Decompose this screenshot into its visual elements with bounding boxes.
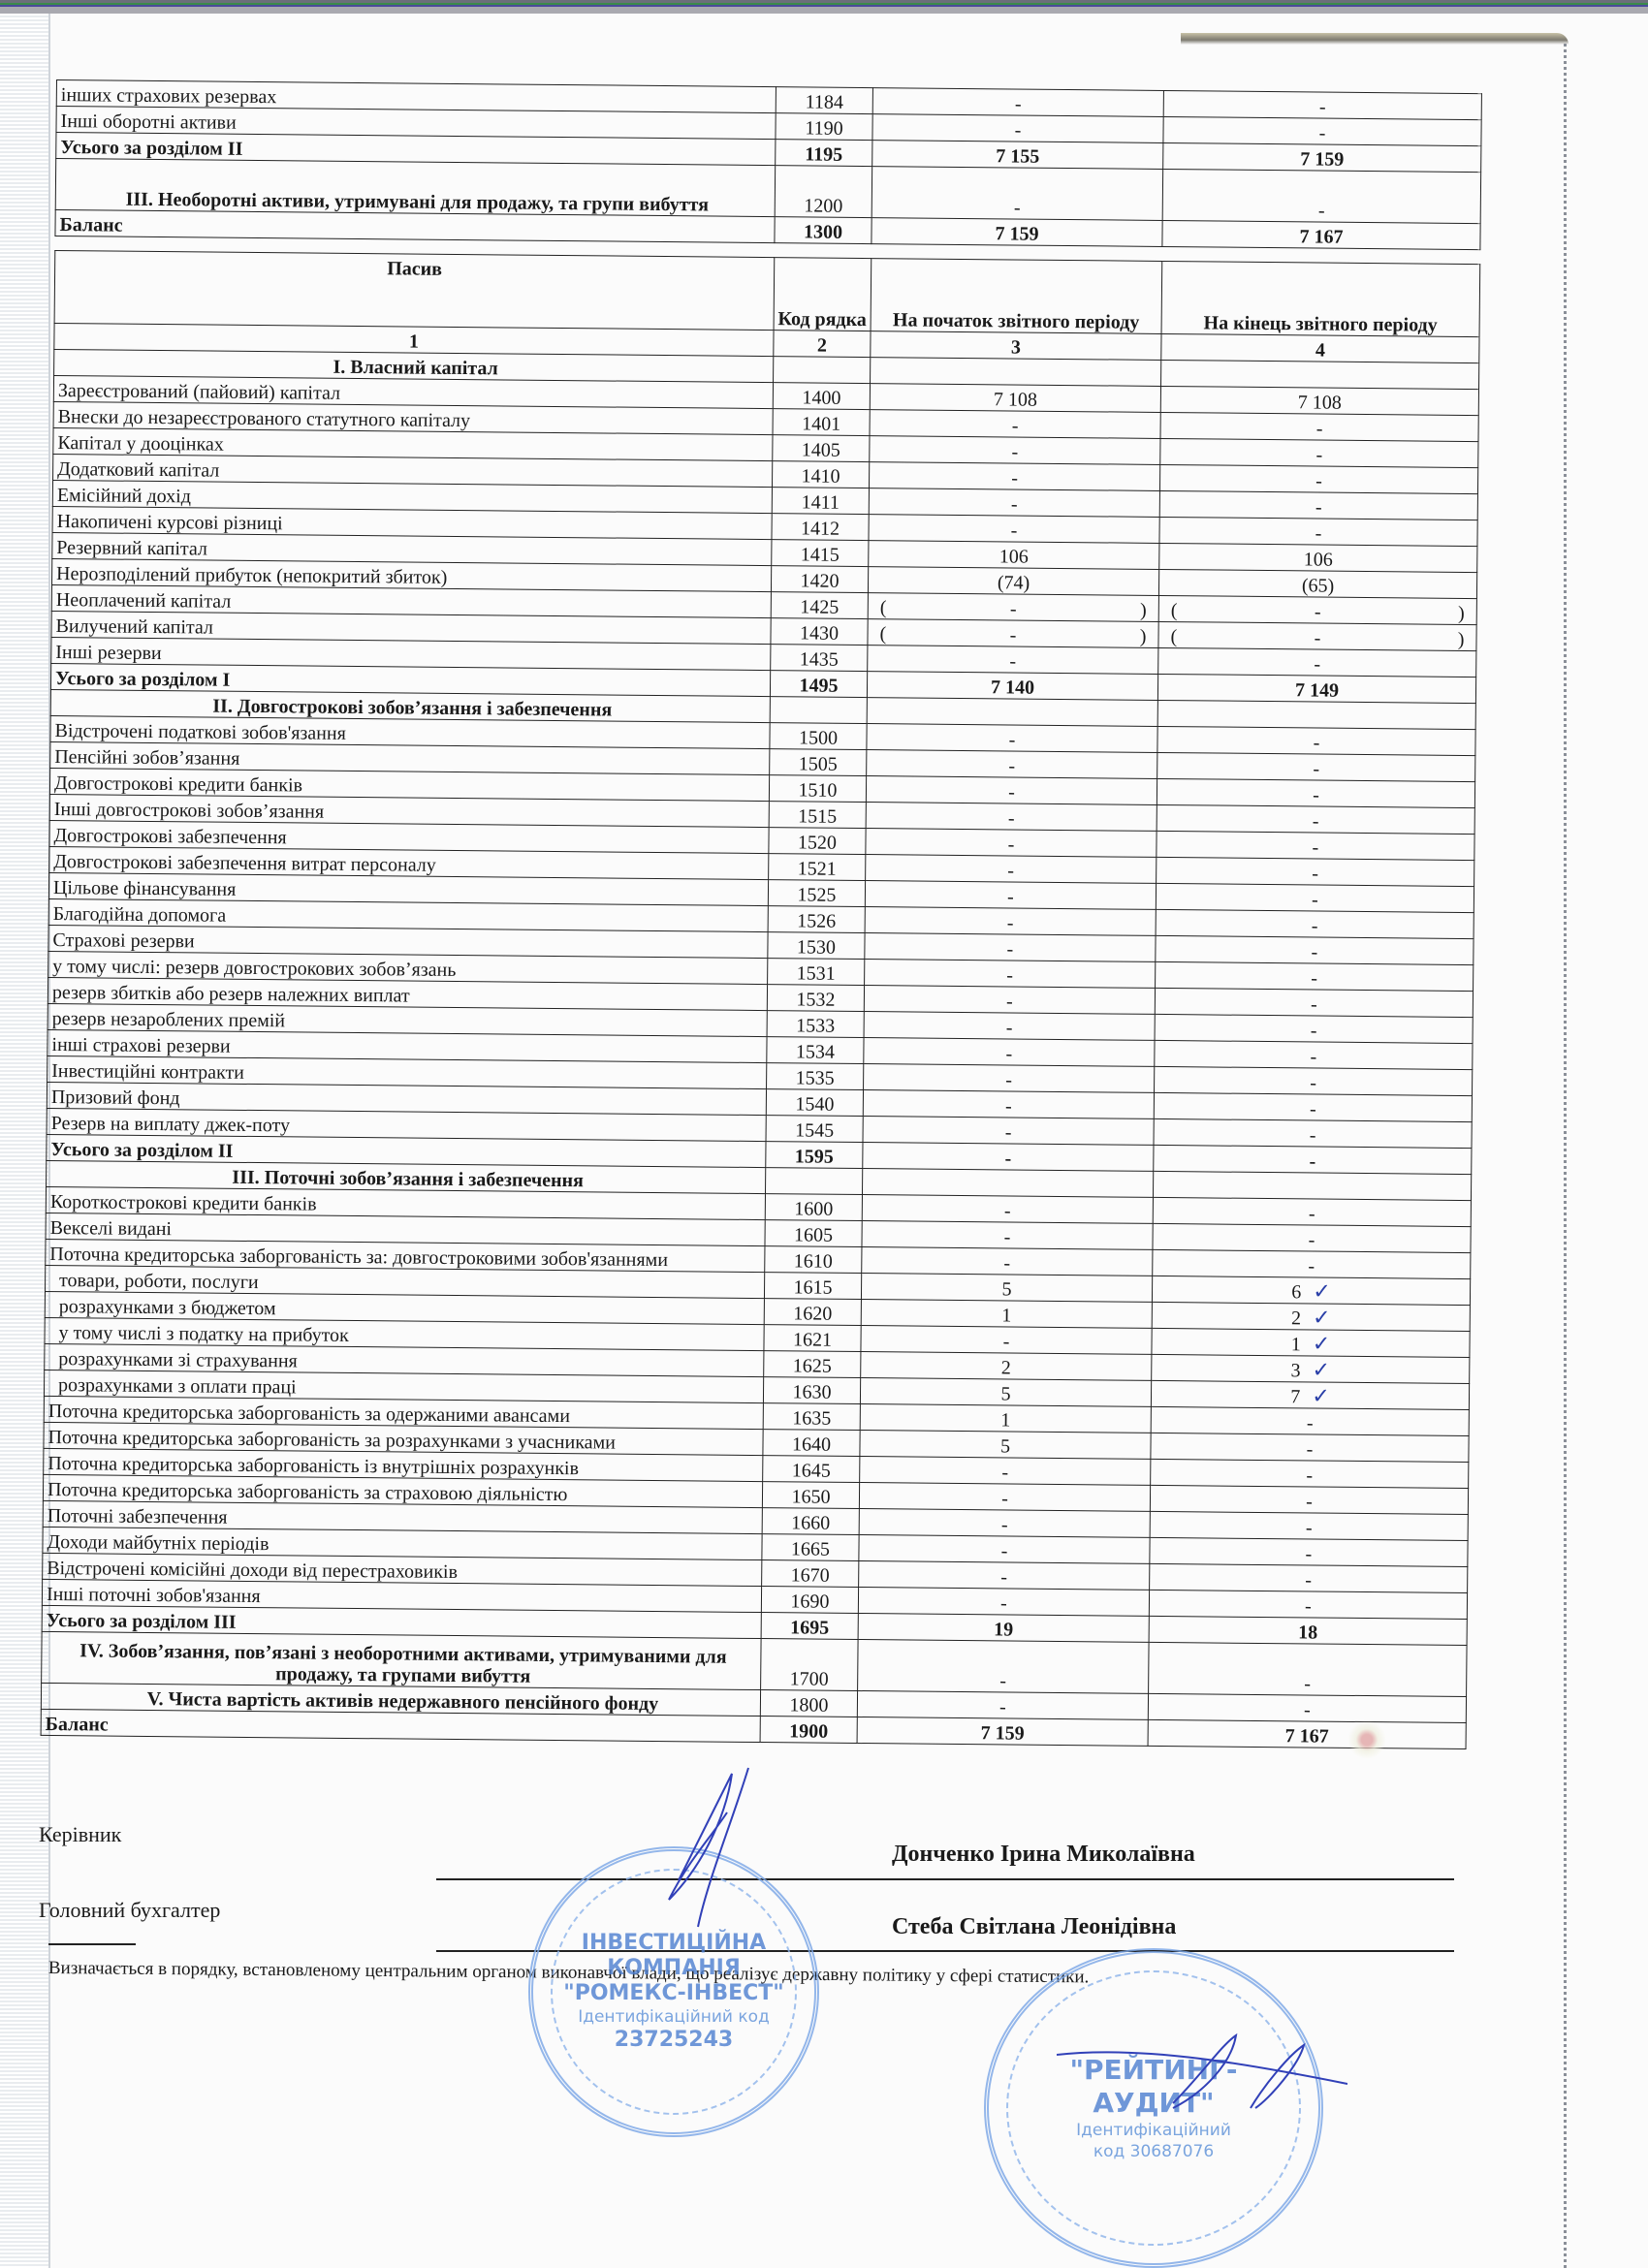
value-start: - xyxy=(858,1588,1149,1617)
value-text: 7 167 xyxy=(1285,1725,1329,1747)
value-text: - xyxy=(1315,496,1322,518)
value-start: - xyxy=(867,724,1157,753)
value-end: - xyxy=(1155,988,1473,1017)
value-end: - xyxy=(1156,961,1474,991)
col-num-3: 3 xyxy=(871,331,1161,361)
value-end: - xyxy=(1154,1145,1472,1174)
check-mark-icon: ✓ xyxy=(1313,1332,1331,1356)
value-start: 106 xyxy=(869,541,1159,570)
row-code: 1535 xyxy=(767,1063,864,1090)
value-start: - xyxy=(859,1483,1150,1512)
value-text: - xyxy=(1011,467,1018,488)
value-text: - xyxy=(1304,1699,1311,1720)
value-text: 7 159 xyxy=(981,1722,1025,1744)
row-code: 1695 xyxy=(761,1613,858,1640)
row-code: 1625 xyxy=(764,1351,861,1378)
value-text: - xyxy=(1310,1072,1316,1093)
header-end: На кінець звітного періоду xyxy=(1161,261,1480,336)
value-text: - xyxy=(1310,1124,1316,1146)
header-passive: Пасив xyxy=(54,250,775,330)
value-start: - xyxy=(865,960,1156,989)
row-code: 1540 xyxy=(766,1089,863,1117)
value-end: - xyxy=(1151,1406,1469,1435)
value-text: - xyxy=(1015,119,1022,141)
value-end: - xyxy=(1149,1590,1467,1619)
value-text: - xyxy=(1008,807,1015,829)
value-start xyxy=(871,358,1161,387)
value-text: - xyxy=(1010,598,1017,619)
accountant-role: Головний бухгалтер xyxy=(39,1898,220,1923)
value-text: - xyxy=(1008,834,1015,855)
row-label: III. Необоротні активи, утримувані для п… xyxy=(55,159,775,217)
value-end: - xyxy=(1154,1092,1472,1121)
footnote-rule xyxy=(48,1943,136,1945)
value-end: - xyxy=(1163,90,1481,119)
value-text: (65) xyxy=(1302,575,1335,596)
row-code: 1531 xyxy=(768,959,865,986)
value-start: 7 108 xyxy=(870,384,1160,413)
value-text: - xyxy=(1312,863,1318,884)
value-text: - xyxy=(1306,1543,1313,1564)
value-end: - xyxy=(1155,1014,1473,1043)
page-edge-top xyxy=(1181,33,1569,45)
row-code: 1645 xyxy=(763,1456,860,1483)
value-start: - xyxy=(860,1457,1151,1486)
auditor-signature xyxy=(1057,2016,1347,2123)
value-end: - xyxy=(1153,1223,1471,1252)
value-text: - xyxy=(1312,889,1318,910)
value-text: - xyxy=(1313,836,1319,858)
value-text: 106 xyxy=(999,546,1029,567)
value-start: - xyxy=(861,1326,1152,1355)
value-text: - xyxy=(1319,123,1326,144)
value-start: - xyxy=(862,1247,1153,1276)
value-start: - xyxy=(869,462,1159,491)
value-text: - xyxy=(1310,1046,1316,1067)
page-edge-right xyxy=(1564,44,1570,2268)
value-text: 7 159 xyxy=(995,223,1038,244)
value-start: (-) xyxy=(868,619,1158,648)
value-end: - xyxy=(1149,1642,1467,1696)
value-start: - xyxy=(872,114,1163,143)
value-text: - xyxy=(1315,627,1321,648)
value-text: - xyxy=(1001,1540,1008,1561)
value-text: 7 xyxy=(1290,1386,1300,1407)
value-text: 7 108 xyxy=(1298,392,1342,413)
value-text: 7 108 xyxy=(994,389,1037,410)
value-start: - xyxy=(872,167,1162,221)
value-end: 18 xyxy=(1149,1616,1467,1645)
row-code: 1500 xyxy=(770,723,867,750)
balance-sheet: інших страхових резервах1184--Інші оборо… xyxy=(41,79,1481,1749)
row-code: 1510 xyxy=(769,775,866,803)
row-code: 1532 xyxy=(767,985,864,1012)
row-code: 1495 xyxy=(770,671,867,698)
check-mark-icon: ✓ xyxy=(1313,1280,1331,1305)
value-text: - xyxy=(1005,1069,1012,1090)
value-end: - xyxy=(1154,1118,1472,1148)
row-code: 1630 xyxy=(763,1377,860,1404)
value-text: - xyxy=(1006,1017,1013,1038)
row-code: 1405 xyxy=(773,435,870,462)
value-text: - xyxy=(1319,97,1326,118)
value-start: - xyxy=(870,436,1160,465)
value-text: - xyxy=(1005,1043,1012,1064)
value-text: - xyxy=(1012,415,1019,436)
value-text: 5 xyxy=(1000,1435,1010,1457)
value-start: 5 xyxy=(861,1274,1152,1303)
value-start: 5 xyxy=(860,1378,1151,1407)
value-end: - xyxy=(1148,1693,1466,1722)
value-text: - xyxy=(1311,1020,1317,1041)
value-start: - xyxy=(862,1221,1153,1250)
row-code: 1610 xyxy=(765,1246,862,1274)
value-start: - xyxy=(864,1064,1155,1093)
value-end: - xyxy=(1157,752,1475,781)
value-text: 1 xyxy=(1001,1305,1011,1326)
parenthesized-value: (-) xyxy=(869,597,1158,621)
check-mark-icon: ✓ xyxy=(1312,1384,1330,1408)
row-code: 1410 xyxy=(772,461,869,488)
value-text: - xyxy=(1307,1412,1314,1433)
value-text: 5 xyxy=(1001,1278,1011,1300)
value-start: - xyxy=(863,1117,1154,1146)
col-passive-label: Пасив xyxy=(55,255,774,283)
value-end: - xyxy=(1157,831,1474,860)
value-text: - xyxy=(1011,493,1018,515)
value-end: - xyxy=(1159,517,1477,546)
value-text: - xyxy=(1007,912,1014,933)
value-end: - xyxy=(1159,464,1477,493)
value-start xyxy=(867,698,1157,727)
col-code-label: Код рядка xyxy=(777,308,867,331)
value-end xyxy=(1157,700,1475,729)
value-text: - xyxy=(1306,1517,1313,1538)
row-code: 1700 xyxy=(761,1639,859,1691)
value-end: - xyxy=(1153,1249,1471,1278)
assets-tail-table: інших страхових резервах1184--Інші оборо… xyxy=(54,79,1481,250)
value-text: - xyxy=(1001,1462,1008,1483)
row-label: IV. Зобов’язання, пов’язані з необоротни… xyxy=(42,1631,761,1689)
row-code: 1615 xyxy=(764,1273,861,1300)
value-start: - xyxy=(866,855,1157,884)
value-end: - xyxy=(1151,1459,1469,1488)
row-code: 1411 xyxy=(772,488,869,515)
row-code: 1640 xyxy=(763,1430,860,1457)
value-end: - xyxy=(1162,169,1480,223)
row-code: 1620 xyxy=(764,1299,861,1326)
value-start: 7 140 xyxy=(867,672,1157,701)
row-code: 1530 xyxy=(768,932,865,960)
value-start: - xyxy=(868,646,1158,675)
value-text: - xyxy=(1313,810,1319,832)
value-start: - xyxy=(859,1535,1150,1564)
value-start: - xyxy=(872,88,1163,117)
value-end: - xyxy=(1150,1511,1468,1540)
col-start-label: На початок звітного періоду xyxy=(893,309,1140,332)
scan-top-edge xyxy=(0,0,1648,14)
row-code: 1665 xyxy=(762,1534,859,1561)
row-code xyxy=(765,1168,862,1195)
value-text: - xyxy=(1309,1150,1315,1172)
value-text: - xyxy=(1310,1098,1316,1119)
value-start: - xyxy=(864,1038,1155,1067)
value-text: - xyxy=(1009,729,1016,750)
value-end: 106 xyxy=(1159,543,1477,572)
binder-strip xyxy=(0,0,50,2268)
value-end: - xyxy=(1160,412,1478,441)
value-end: 7 149 xyxy=(1157,674,1475,703)
value-end: - xyxy=(1163,116,1481,145)
parenthesized-value: (-) xyxy=(1159,600,1476,624)
value-text: - xyxy=(1315,601,1321,622)
value-text: - xyxy=(1311,967,1317,989)
row-code: 1200 xyxy=(775,166,872,218)
check-mark-icon: ✓ xyxy=(1312,1358,1330,1382)
value-text: - xyxy=(1315,470,1322,491)
value-text: - xyxy=(1011,520,1018,541)
value-start: - xyxy=(869,515,1159,544)
value-end: - xyxy=(1157,778,1474,807)
value-text: 5 xyxy=(1000,1383,1010,1404)
value-start: - xyxy=(857,1691,1148,1720)
value-text: - xyxy=(1007,860,1014,881)
header-start: На початок звітного періоду xyxy=(871,259,1162,334)
value-text: - xyxy=(1309,1203,1315,1224)
value-text: 6 xyxy=(1291,1281,1301,1303)
value-start: - xyxy=(865,881,1156,910)
value-end: 3✓ xyxy=(1152,1354,1470,1383)
value-text: - xyxy=(1003,1331,1010,1352)
value-text: - xyxy=(1015,93,1022,114)
value-start: - xyxy=(866,776,1157,805)
row-code: 1595 xyxy=(766,1142,863,1169)
value-start: - xyxy=(864,1012,1155,1041)
value-start: - xyxy=(859,1561,1150,1591)
value-end: - xyxy=(1156,909,1474,938)
value-end: 2✓ xyxy=(1152,1302,1470,1331)
value-text: - xyxy=(1003,1252,1010,1274)
parenthesized-value: (-) xyxy=(868,623,1157,647)
value-start: - xyxy=(863,1090,1154,1119)
value-end: (-) xyxy=(1158,595,1476,624)
value-text: - xyxy=(1008,755,1015,776)
value-text: - xyxy=(1004,1226,1011,1247)
row-code: 1650 xyxy=(762,1482,859,1509)
row-code: 1600 xyxy=(765,1194,862,1221)
value-text: - xyxy=(1004,1200,1011,1221)
value-end: (-) xyxy=(1158,621,1476,650)
value-end: 7✓ xyxy=(1151,1380,1469,1409)
row-code: 1300 xyxy=(775,217,872,244)
head-role: Керівник xyxy=(39,1822,121,1847)
value-text: - xyxy=(1311,941,1317,962)
value-start: - xyxy=(865,907,1156,936)
value-end: 7 159 xyxy=(1163,142,1481,172)
value-start: 7 159 xyxy=(872,218,1162,247)
value-text: - xyxy=(1000,1592,1007,1614)
value-start: - xyxy=(866,829,1157,858)
value-start: - xyxy=(865,933,1156,962)
row-code: 1184 xyxy=(776,87,872,114)
value-end: - xyxy=(1157,857,1474,886)
row-code: 1412 xyxy=(772,514,869,541)
value-text: - xyxy=(1008,781,1015,803)
row-code: 1430 xyxy=(771,618,868,646)
row-code: 1660 xyxy=(762,1508,859,1535)
value-start: - xyxy=(864,986,1155,1015)
value-text: - xyxy=(1318,201,1325,222)
value-text: 106 xyxy=(1304,549,1333,570)
value-text: - xyxy=(1000,1566,1007,1588)
value-text: - xyxy=(1316,418,1323,439)
row-code: 1521 xyxy=(769,854,866,881)
value-text: - xyxy=(1007,886,1014,907)
row-code: 1526 xyxy=(768,906,865,933)
value-text: - xyxy=(1309,1229,1315,1250)
row-code: 1415 xyxy=(772,540,869,567)
value-start: - xyxy=(858,1640,1149,1694)
head-signature xyxy=(640,1764,756,1929)
value-text: - xyxy=(1312,915,1318,936)
value-end: - xyxy=(1150,1485,1468,1514)
value-text: - xyxy=(1307,1438,1314,1460)
value-text: - xyxy=(1311,993,1317,1015)
value-text: - xyxy=(1314,653,1320,675)
row-code xyxy=(770,697,867,724)
value-start: 7 159 xyxy=(857,1717,1148,1747)
row-code xyxy=(774,357,871,384)
value-end xyxy=(1153,1171,1471,1200)
value-text: - xyxy=(1315,522,1322,544)
value-end: - xyxy=(1160,438,1478,467)
row-code: 1400 xyxy=(773,383,870,410)
row-code: 1420 xyxy=(771,566,868,593)
value-text: 18 xyxy=(1298,1622,1317,1643)
value-text: 7 167 xyxy=(1299,226,1343,247)
value-end: - xyxy=(1156,935,1474,964)
value-text: - xyxy=(1305,1569,1312,1591)
value-text: 2 xyxy=(1291,1307,1301,1329)
value-text: - xyxy=(1306,1465,1313,1486)
value-text: - xyxy=(1315,444,1322,465)
value-text: - xyxy=(1010,624,1017,646)
head-name: Донченко Ірина Миколаївна xyxy=(892,1842,1195,1868)
value-start: (74) xyxy=(868,567,1158,596)
value-text: 19 xyxy=(994,1619,1013,1640)
col-num-2: 2 xyxy=(774,331,871,358)
value-text: 1 xyxy=(1000,1409,1010,1431)
value-start: - xyxy=(859,1509,1150,1538)
value-text: - xyxy=(1308,1255,1315,1276)
value-text: 1 xyxy=(1291,1334,1301,1355)
value-end: - xyxy=(1155,1040,1473,1069)
value-text: 7 159 xyxy=(1300,148,1344,170)
liabilities-table: Пасив Код рядка На початок звітного пері… xyxy=(41,250,1481,1749)
row-code: 1545 xyxy=(766,1116,863,1143)
value-text: - xyxy=(1006,938,1013,960)
value-text: 7 155 xyxy=(996,145,1039,167)
value-text: - xyxy=(1305,1595,1312,1617)
row-code: 1520 xyxy=(769,828,866,855)
value-text: 3 xyxy=(1290,1360,1300,1381)
value-start xyxy=(862,1169,1153,1198)
value-end: - xyxy=(1150,1537,1468,1566)
value-text: - xyxy=(1009,650,1016,672)
value-text: 7 140 xyxy=(991,677,1034,698)
value-text: - xyxy=(999,1696,1006,1717)
col-num-4: 4 xyxy=(1161,333,1479,362)
header-code: Код рядка xyxy=(774,258,872,331)
value-start: 2 xyxy=(861,1352,1152,1381)
col-end-label: На кінець звітного періоду xyxy=(1203,312,1437,335)
value-end xyxy=(1161,360,1479,389)
value-start: 1 xyxy=(860,1404,1151,1433)
row-code: 1505 xyxy=(770,749,867,776)
value-text: - xyxy=(1005,1095,1012,1117)
value-start: 1 xyxy=(861,1300,1152,1329)
row-code: 1195 xyxy=(776,140,872,167)
row-code: 1690 xyxy=(761,1587,858,1614)
value-end: 6✓ xyxy=(1152,1276,1470,1305)
value-text: - xyxy=(1014,197,1021,218)
header-row: Пасив Код рядка На початок звітного пері… xyxy=(54,250,1480,336)
row-code: 1900 xyxy=(760,1717,857,1744)
row-code: 1515 xyxy=(769,802,866,829)
value-start: 19 xyxy=(858,1614,1149,1643)
value-text: - xyxy=(1313,758,1319,779)
value-text: 7 149 xyxy=(1295,679,1339,701)
value-end: (65) xyxy=(1158,569,1476,598)
row-code: 1533 xyxy=(767,1011,864,1038)
row-code: 1800 xyxy=(760,1690,857,1717)
value-text: - xyxy=(1001,1514,1008,1535)
parenthesized-value: (-) xyxy=(1158,626,1475,650)
value-end: 7 108 xyxy=(1160,386,1478,415)
value-text: - xyxy=(1304,1673,1311,1694)
value-end: - xyxy=(1150,1563,1468,1592)
row-code: 1670 xyxy=(762,1560,859,1588)
value-start: - xyxy=(866,803,1157,832)
value-end: - xyxy=(1157,726,1475,755)
row-code: 1635 xyxy=(763,1403,860,1431)
value-end: 1✓ xyxy=(1152,1328,1470,1357)
value-start: - xyxy=(870,410,1160,439)
value-text: (74) xyxy=(998,572,1030,593)
row-code: 1534 xyxy=(767,1037,864,1064)
value-start: - xyxy=(862,1195,1153,1224)
value-text: - xyxy=(1006,991,1013,1012)
value-start: 7 155 xyxy=(872,141,1163,170)
row-code: 1435 xyxy=(771,645,868,672)
row-code: 1605 xyxy=(765,1220,862,1247)
row-code: 1425 xyxy=(771,592,868,619)
ink-blot xyxy=(1347,1720,1386,1759)
value-text: 2 xyxy=(1001,1357,1011,1378)
value-end: - xyxy=(1158,647,1476,677)
value-end: 7 167 xyxy=(1162,220,1480,249)
value-end: - xyxy=(1159,490,1477,520)
value-end: - xyxy=(1151,1433,1469,1462)
value-text: - xyxy=(1001,1488,1008,1509)
value-start: - xyxy=(869,488,1159,518)
value-text: - xyxy=(1313,784,1319,805)
value-text: - xyxy=(1005,1121,1012,1143)
value-start: 5 xyxy=(860,1431,1151,1460)
value-start: - xyxy=(867,750,1157,779)
value-text: - xyxy=(1006,964,1013,986)
value-end: 7 167 xyxy=(1148,1719,1466,1748)
